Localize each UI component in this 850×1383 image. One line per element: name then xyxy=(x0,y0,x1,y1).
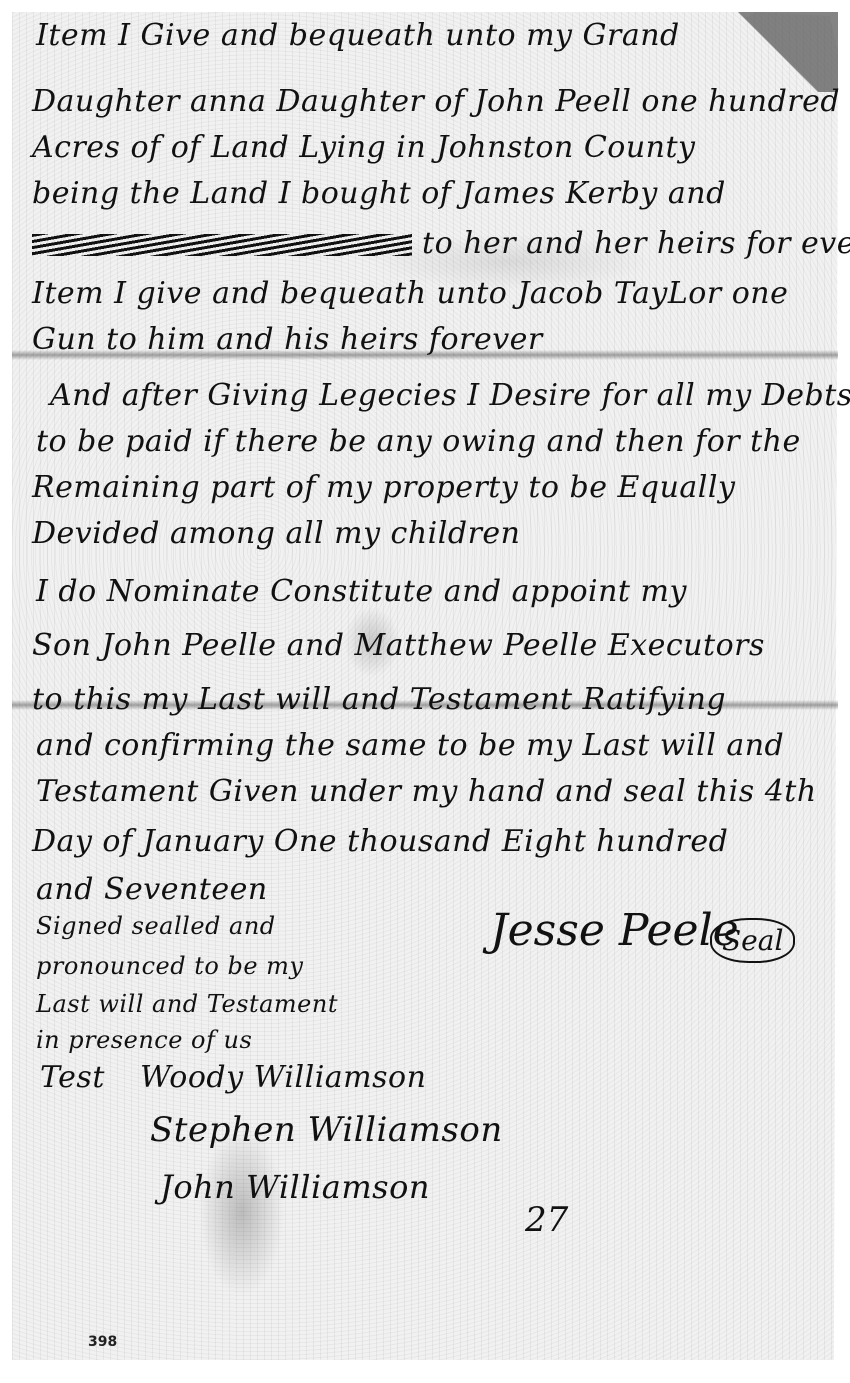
will-line: And after Giving Legecies I Desire for a… xyxy=(50,378,850,413)
attestation-line: in presence of us xyxy=(36,1026,252,1054)
will-line: Remaining part of my property to be Equa… xyxy=(32,470,735,505)
witnesses-label: Test xyxy=(40,1060,105,1095)
struck-out-text xyxy=(32,234,412,256)
attestation-line: Last will and Testament xyxy=(36,990,338,1018)
will-line: to her and her heirs for ever xyxy=(32,226,850,261)
will-line: Daughter anna Daughter of John Peell one… xyxy=(32,84,840,119)
margin-mark: 27 xyxy=(525,1200,568,1240)
will-line: to this my Last will and Testament Ratif… xyxy=(32,682,726,717)
will-line-text: to her and her heirs for ever xyxy=(422,226,850,261)
torn-corner xyxy=(738,12,838,92)
will-line: Acres of of Land Lying in Johnston Count… xyxy=(32,130,695,165)
will-line: and Seventeen xyxy=(36,872,268,907)
will-line: Day of January One thousand Eight hundre… xyxy=(32,824,728,859)
seal-mark: Seal xyxy=(710,918,795,963)
page-number: 398 xyxy=(88,1334,117,1350)
will-line: Item I give and bequeath unto Jacob TayL… xyxy=(32,276,788,311)
will-line: Testament Given under my hand and seal t… xyxy=(36,774,817,809)
witness-signature: Stephen Williamson xyxy=(150,1110,503,1150)
will-line: and confirming the same to be my Last wi… xyxy=(36,728,784,763)
will-line: I do Nominate Constitute and appoint my xyxy=(36,574,687,609)
will-line: Son John Peelle and Matthew Peelle Execu… xyxy=(32,628,765,663)
witness-signature: John Williamson xyxy=(160,1168,430,1206)
attestation-line: pronounced to be my xyxy=(36,952,303,980)
testator-signature: Jesse Peele xyxy=(490,905,739,956)
will-line: Item I Give and bequeath unto my Grand xyxy=(36,18,680,53)
will-line: Devided among all my children xyxy=(32,516,520,551)
witness-signature: Woody Williamson xyxy=(140,1060,426,1095)
will-line: Gun to him and his heirs forever xyxy=(32,322,543,357)
will-line: being the Land I bought of James Kerby a… xyxy=(32,176,726,211)
will-line: to be paid if there be any owing and the… xyxy=(36,424,801,459)
attestation-line: Signed sealled and xyxy=(36,912,276,940)
